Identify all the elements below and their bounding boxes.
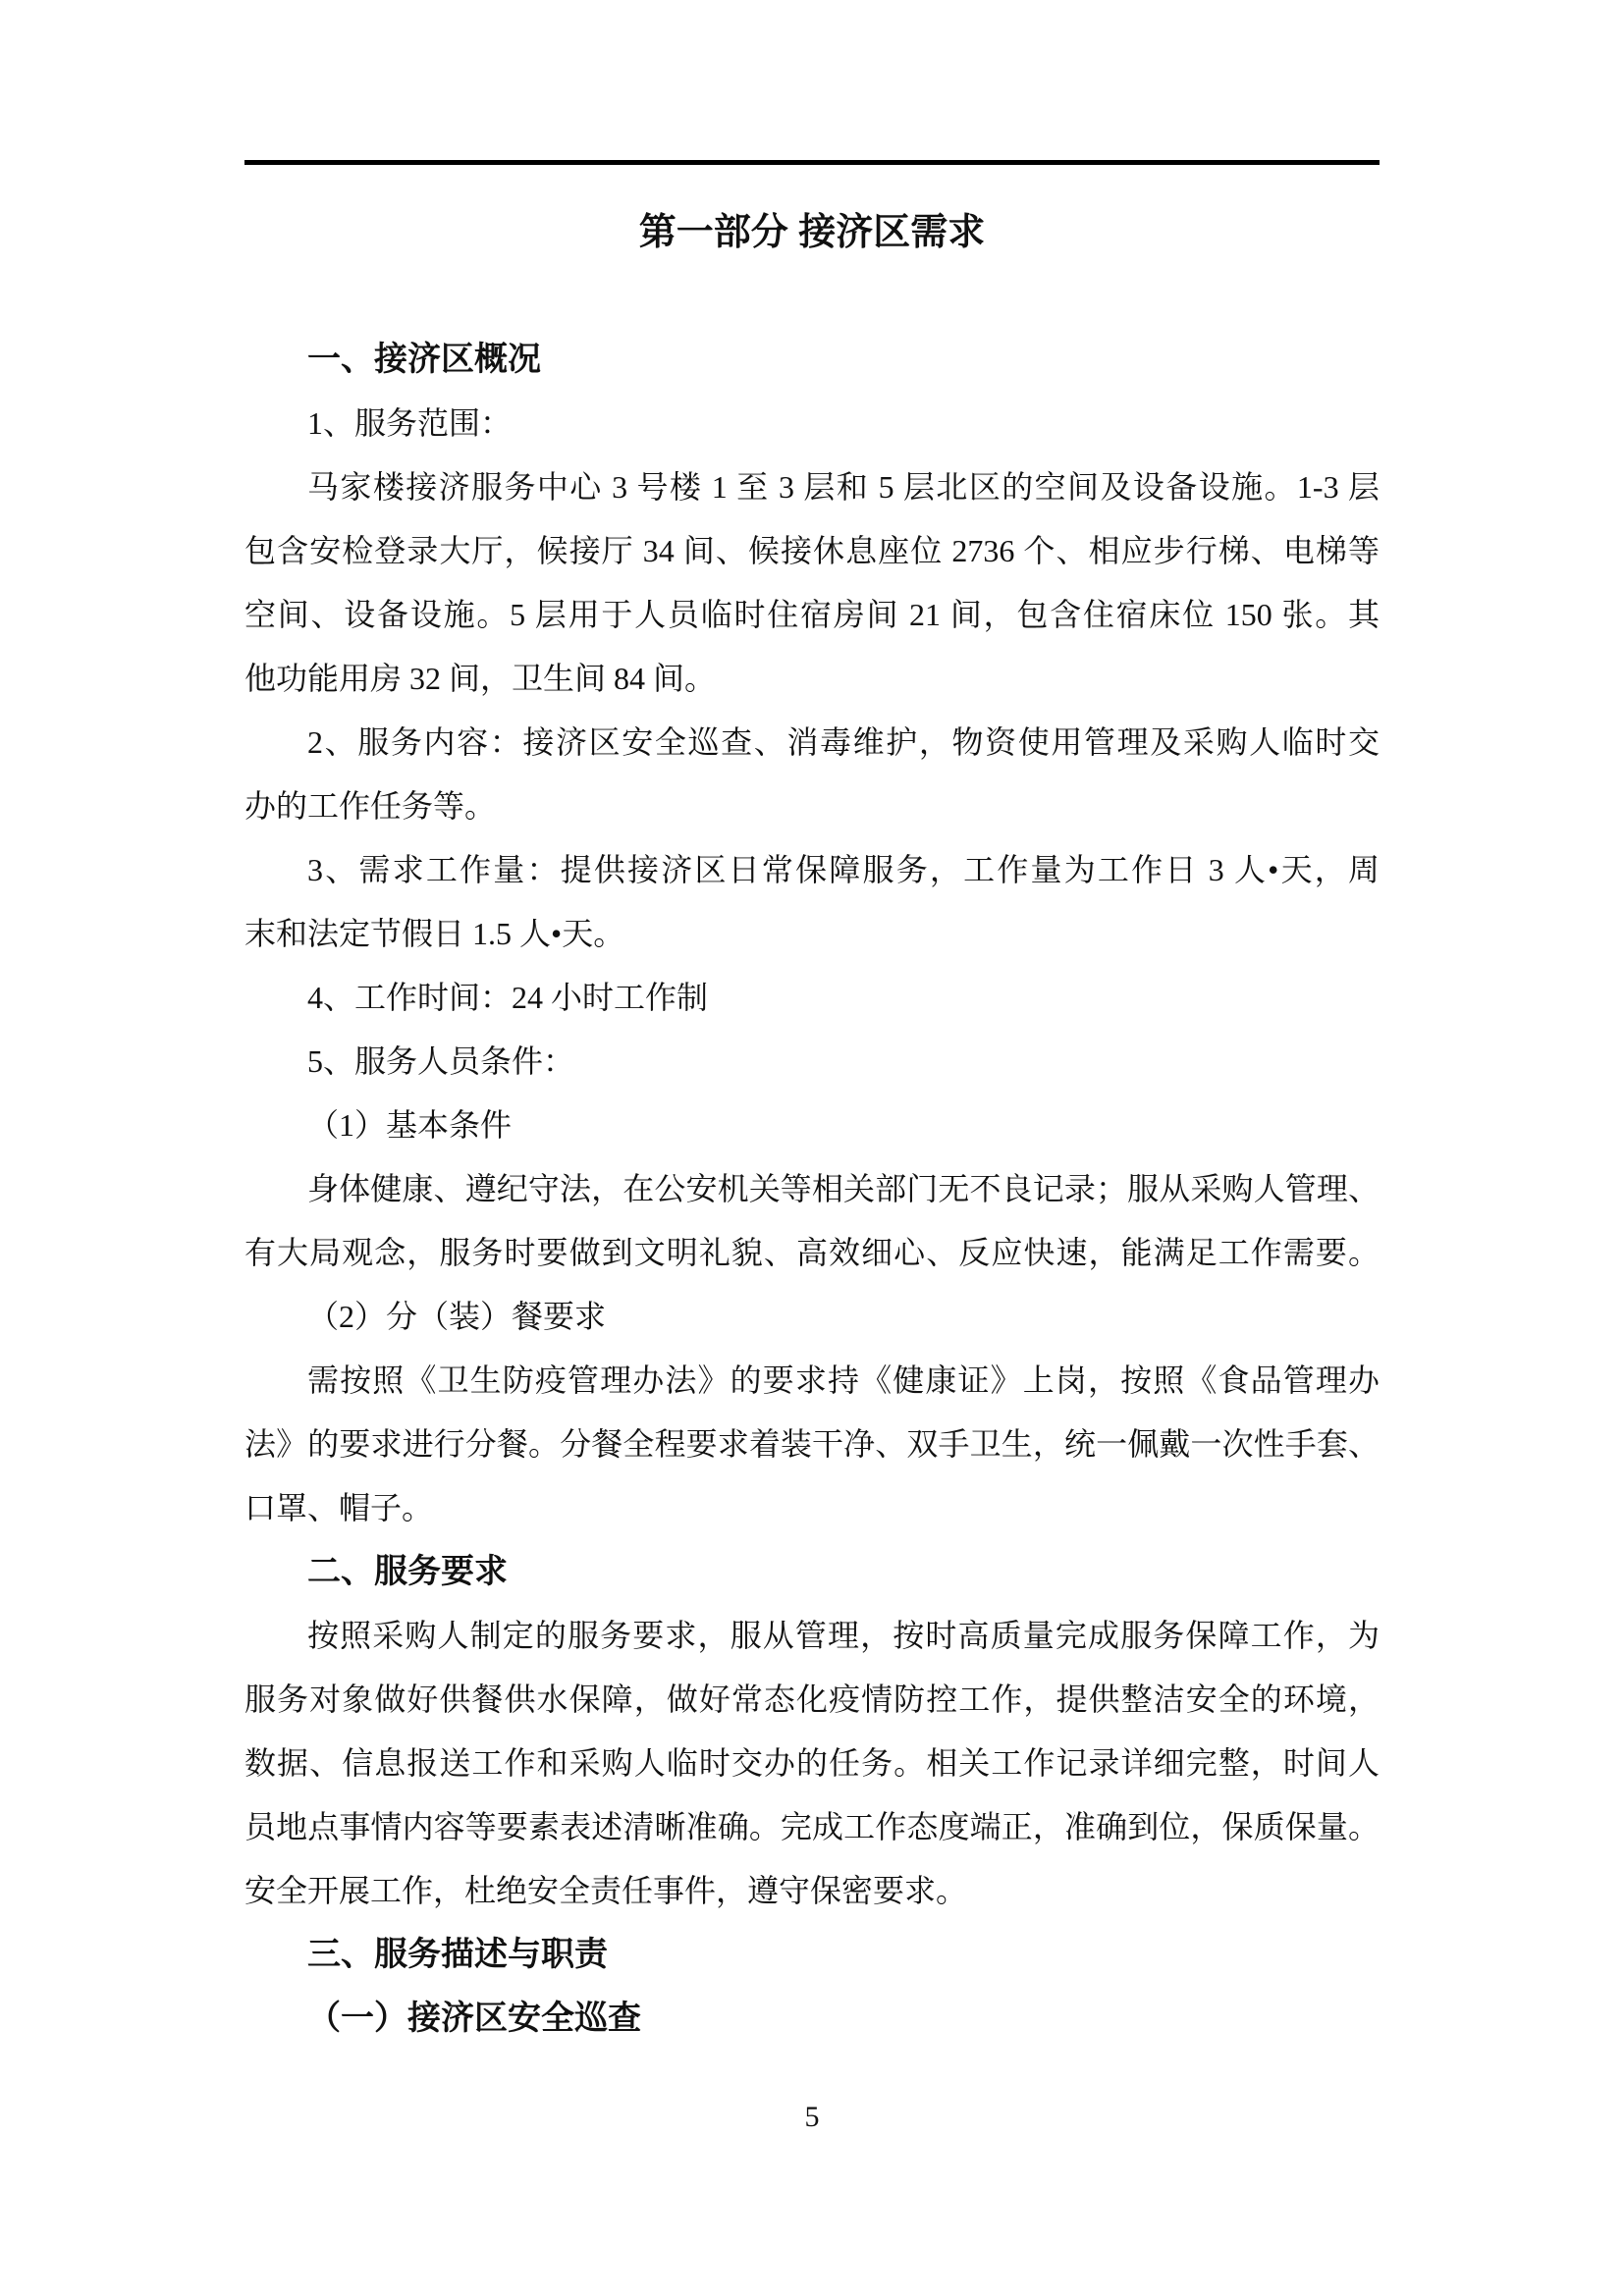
para-basic-conditions-line-2: 有大局观念，服务时要做到文明礼貌、高效细心、反应快速，能满足工作需要。	[244, 1221, 1380, 1285]
heading-section-3: 三、服务描述与职责	[244, 1923, 1380, 1987]
item-3-workload-line-2: 末和法定节假日 1.5 人•天。	[244, 902, 1380, 966]
heading-section-1: 一、接济区概况	[244, 328, 1380, 392]
para-service-requirements-line-2: 服务对象做好供餐供水保障，做好常态化疫情防控工作，提供整洁安全的环境，	[244, 1668, 1380, 1732]
para-meal-requirements-line-3: 口罩、帽子。	[244, 1476, 1380, 1540]
document-body: 第一部分 接济区需求 一、接济区概况 1、服务范围： 马家楼接济服务中心 3 号…	[244, 201, 1380, 2051]
heading-section-2: 二、服务要求	[244, 1540, 1380, 1604]
item-3-workload-line-1: 3、需求工作量：提供接济区日常保障服务，工作量为工作日 3 人•天，周	[244, 838, 1380, 902]
document-page: 第一部分 接济区需求 一、接济区概况 1、服务范围： 马家楼接济服务中心 3 号…	[0, 0, 1624, 2296]
item-4-work-hours: 4、工作时间：24 小时工作制	[244, 966, 1380, 1030]
item-5-staff-requirements: 5、服务人员条件：	[244, 1030, 1380, 1094]
heading-section-3-1: （一）接济区安全巡查	[244, 1987, 1380, 2051]
page-number: 5	[0, 2101, 1624, 2134]
item-1-service-scope: 1、服务范围：	[244, 392, 1380, 455]
sub-item-2-meal-requirements: （2）分（装）餐要求	[244, 1285, 1380, 1349]
para-service-scope-line-3: 空间、设备设施。5 层用于人员临时住宿房间 21 间，包含住宿床位 150 张。…	[244, 583, 1380, 647]
item-2-service-content-line-2: 办的工作任务等。	[244, 774, 1380, 838]
sub-item-1-basic-conditions: （1）基本条件	[244, 1094, 1380, 1157]
para-meal-requirements-line-1: 需按照《卫生防疫管理办法》的要求持《健康证》上岗，按照《食品管理办	[244, 1349, 1380, 1413]
para-basic-conditions-line-1: 身体健康、遵纪守法，在公安机关等相关部门无不良记录；服从采购人管理、	[244, 1157, 1380, 1221]
header-rule	[244, 160, 1380, 165]
item-2-service-content-line-1: 2、服务内容：接济区安全巡查、消毒维护，物资使用管理及采购人临时交	[244, 711, 1380, 774]
document-title: 第一部分 接济区需求	[244, 201, 1380, 265]
para-service-scope-line-4: 他功能用房 32 间，卫生间 84 间。	[244, 647, 1380, 711]
para-service-scope-line-2: 包含安检登录大厅，候接厅 34 间、候接休息座位 2736 个、相应步行梯、电梯…	[244, 519, 1380, 583]
para-service-requirements-line-4: 员地点事情内容等要素表述清晰准确。完成工作态度端正，准确到位，保质保量。	[244, 1795, 1380, 1859]
para-meal-requirements-line-2: 法》的要求进行分餐。分餐全程要求着装干净、双手卫生，统一佩戴一次性手套、	[244, 1413, 1380, 1476]
para-service-scope-line-1: 马家楼接济服务中心 3 号楼 1 至 3 层和 5 层北区的空间及设备设施。1-…	[244, 455, 1380, 519]
para-service-requirements-line-5: 安全开展工作，杜绝安全责任事件，遵守保密要求。	[244, 1859, 1380, 1923]
para-service-requirements-line-3: 数据、信息报送工作和采购人临时交办的任务。相关工作记录详细完整，时间人	[244, 1732, 1380, 1795]
para-service-requirements-line-1: 按照采购人制定的服务要求，服从管理，按时高质量完成服务保障工作，为	[244, 1604, 1380, 1668]
